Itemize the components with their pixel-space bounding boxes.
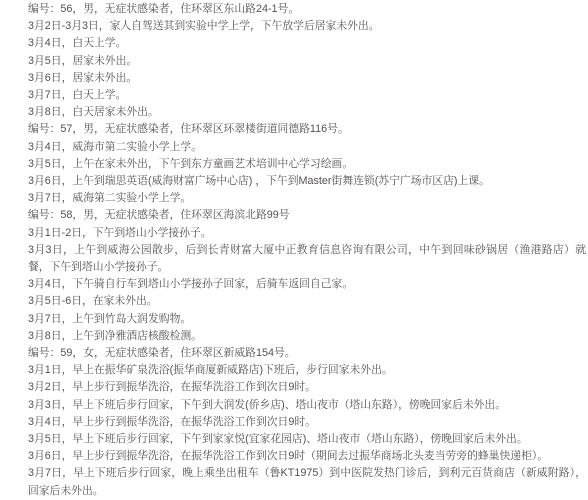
case-header-paragraph: 编号：58，男，无症状感染者，住环翠区海滨北路99号	[28, 207, 586, 224]
case-entry-paragraph: 3月3日，上午到威海公园散步，后到长青财富大厦中正教育信息咨询有限公司，中午到回…	[28, 242, 586, 276]
case-header-paragraph: 编号：57，男，无症状感染者，住环翠区环翠楼街道同德路116号。	[28, 121, 586, 138]
case-list: 编号：56，男，无症状感染者，住环翠区东山路24-1号。3月2日-3月3日，家人…	[28, 1, 586, 500]
case-entry-paragraph: 3月3日，早上下班后步行回家，下午到大润发(侨乡店)、塔山夜市（塔山东路），傍晚…	[28, 397, 586, 414]
case-entry-paragraph: 3月4日，下午骑自行车到塔山小学接孙子回家，后骑车返回自己家。	[28, 276, 586, 293]
case-entry-paragraph: 3月6日，上午到瑞思英语(威海财富广场中心店) ，下午到Master街舞连锁(苏…	[28, 173, 586, 190]
case-header-paragraph: 编号：56，男，无症状感染者，住环翠区东山路24-1号。	[28, 1, 586, 18]
case-entry-paragraph: 3月1日-2日，下午到塔山小学接孙子。	[28, 225, 586, 242]
case-entry-paragraph: 3月2日，早上步行到振华洗浴，在振华洗浴工作到次日9时。	[28, 379, 586, 396]
case-entry-paragraph: 3月7日，上午到竹岛大润发购物。	[28, 311, 586, 328]
case-entry-paragraph: 3月5日，居家未外出。	[28, 53, 586, 70]
case-entry-paragraph: 3月5日，早上下班后步行回家，下午到家家悦(宜家花园店)、塔山夜市（塔山东路），…	[28, 431, 586, 448]
case-entry-paragraph: 3月1日，早上在振华矿泉洗浴(振华商厦新威路店)下班后，步行回家未外出。	[28, 362, 586, 379]
case-entry-paragraph: 3月8日，上午到净雅酒店核酸检测。	[28, 328, 586, 345]
case-report-document: 编号：56，男，无症状感染者，住环翠区东山路24-1号。3月2日-3月3日，家人…	[0, 0, 588, 500]
case-entry-paragraph: 3月2日-3月3日，家人自驾送其到实验中学上学，下午放学后居家未外出。	[28, 18, 586, 35]
case-entry-paragraph: 3月8日，白天居家未外出。	[28, 104, 586, 121]
case-entry-paragraph: 3月7日，白天上学。	[28, 87, 586, 104]
case-entry-paragraph: 3月5日，上午在家未外出，下午到东方童画艺术培训中心学习绘画。	[28, 156, 586, 173]
case-entry-paragraph: 3月4日，早上步行到振华洗浴，在振华洗浴工作到次日9时。	[28, 414, 586, 431]
case-entry-paragraph: 3月5日-6日，在家未外出。	[28, 293, 586, 310]
case-header-paragraph: 编号：59，女，无症状感染者，住环翠区新威路154号。	[28, 345, 586, 362]
case-entry-paragraph: 3月4日，白天上学。	[28, 35, 586, 52]
case-entry-paragraph: 3月7日，早上下班后步行回家，晚上乘坐出租车（鲁KT1975）到中医院发热门诊后…	[28, 465, 586, 499]
case-entry-paragraph: 3月6日，早上步行到振华洗浴，在振华洗浴工作到次日9时（期间去过振华商场北头麦当…	[28, 448, 586, 465]
case-entry-paragraph: 3月7日，威海第二实验小学上学。	[28, 190, 586, 207]
case-entry-paragraph: 3月4日，威海市第二实验小学上学。	[28, 139, 586, 156]
case-entry-paragraph: 3月6日，居家未外出。	[28, 70, 586, 87]
